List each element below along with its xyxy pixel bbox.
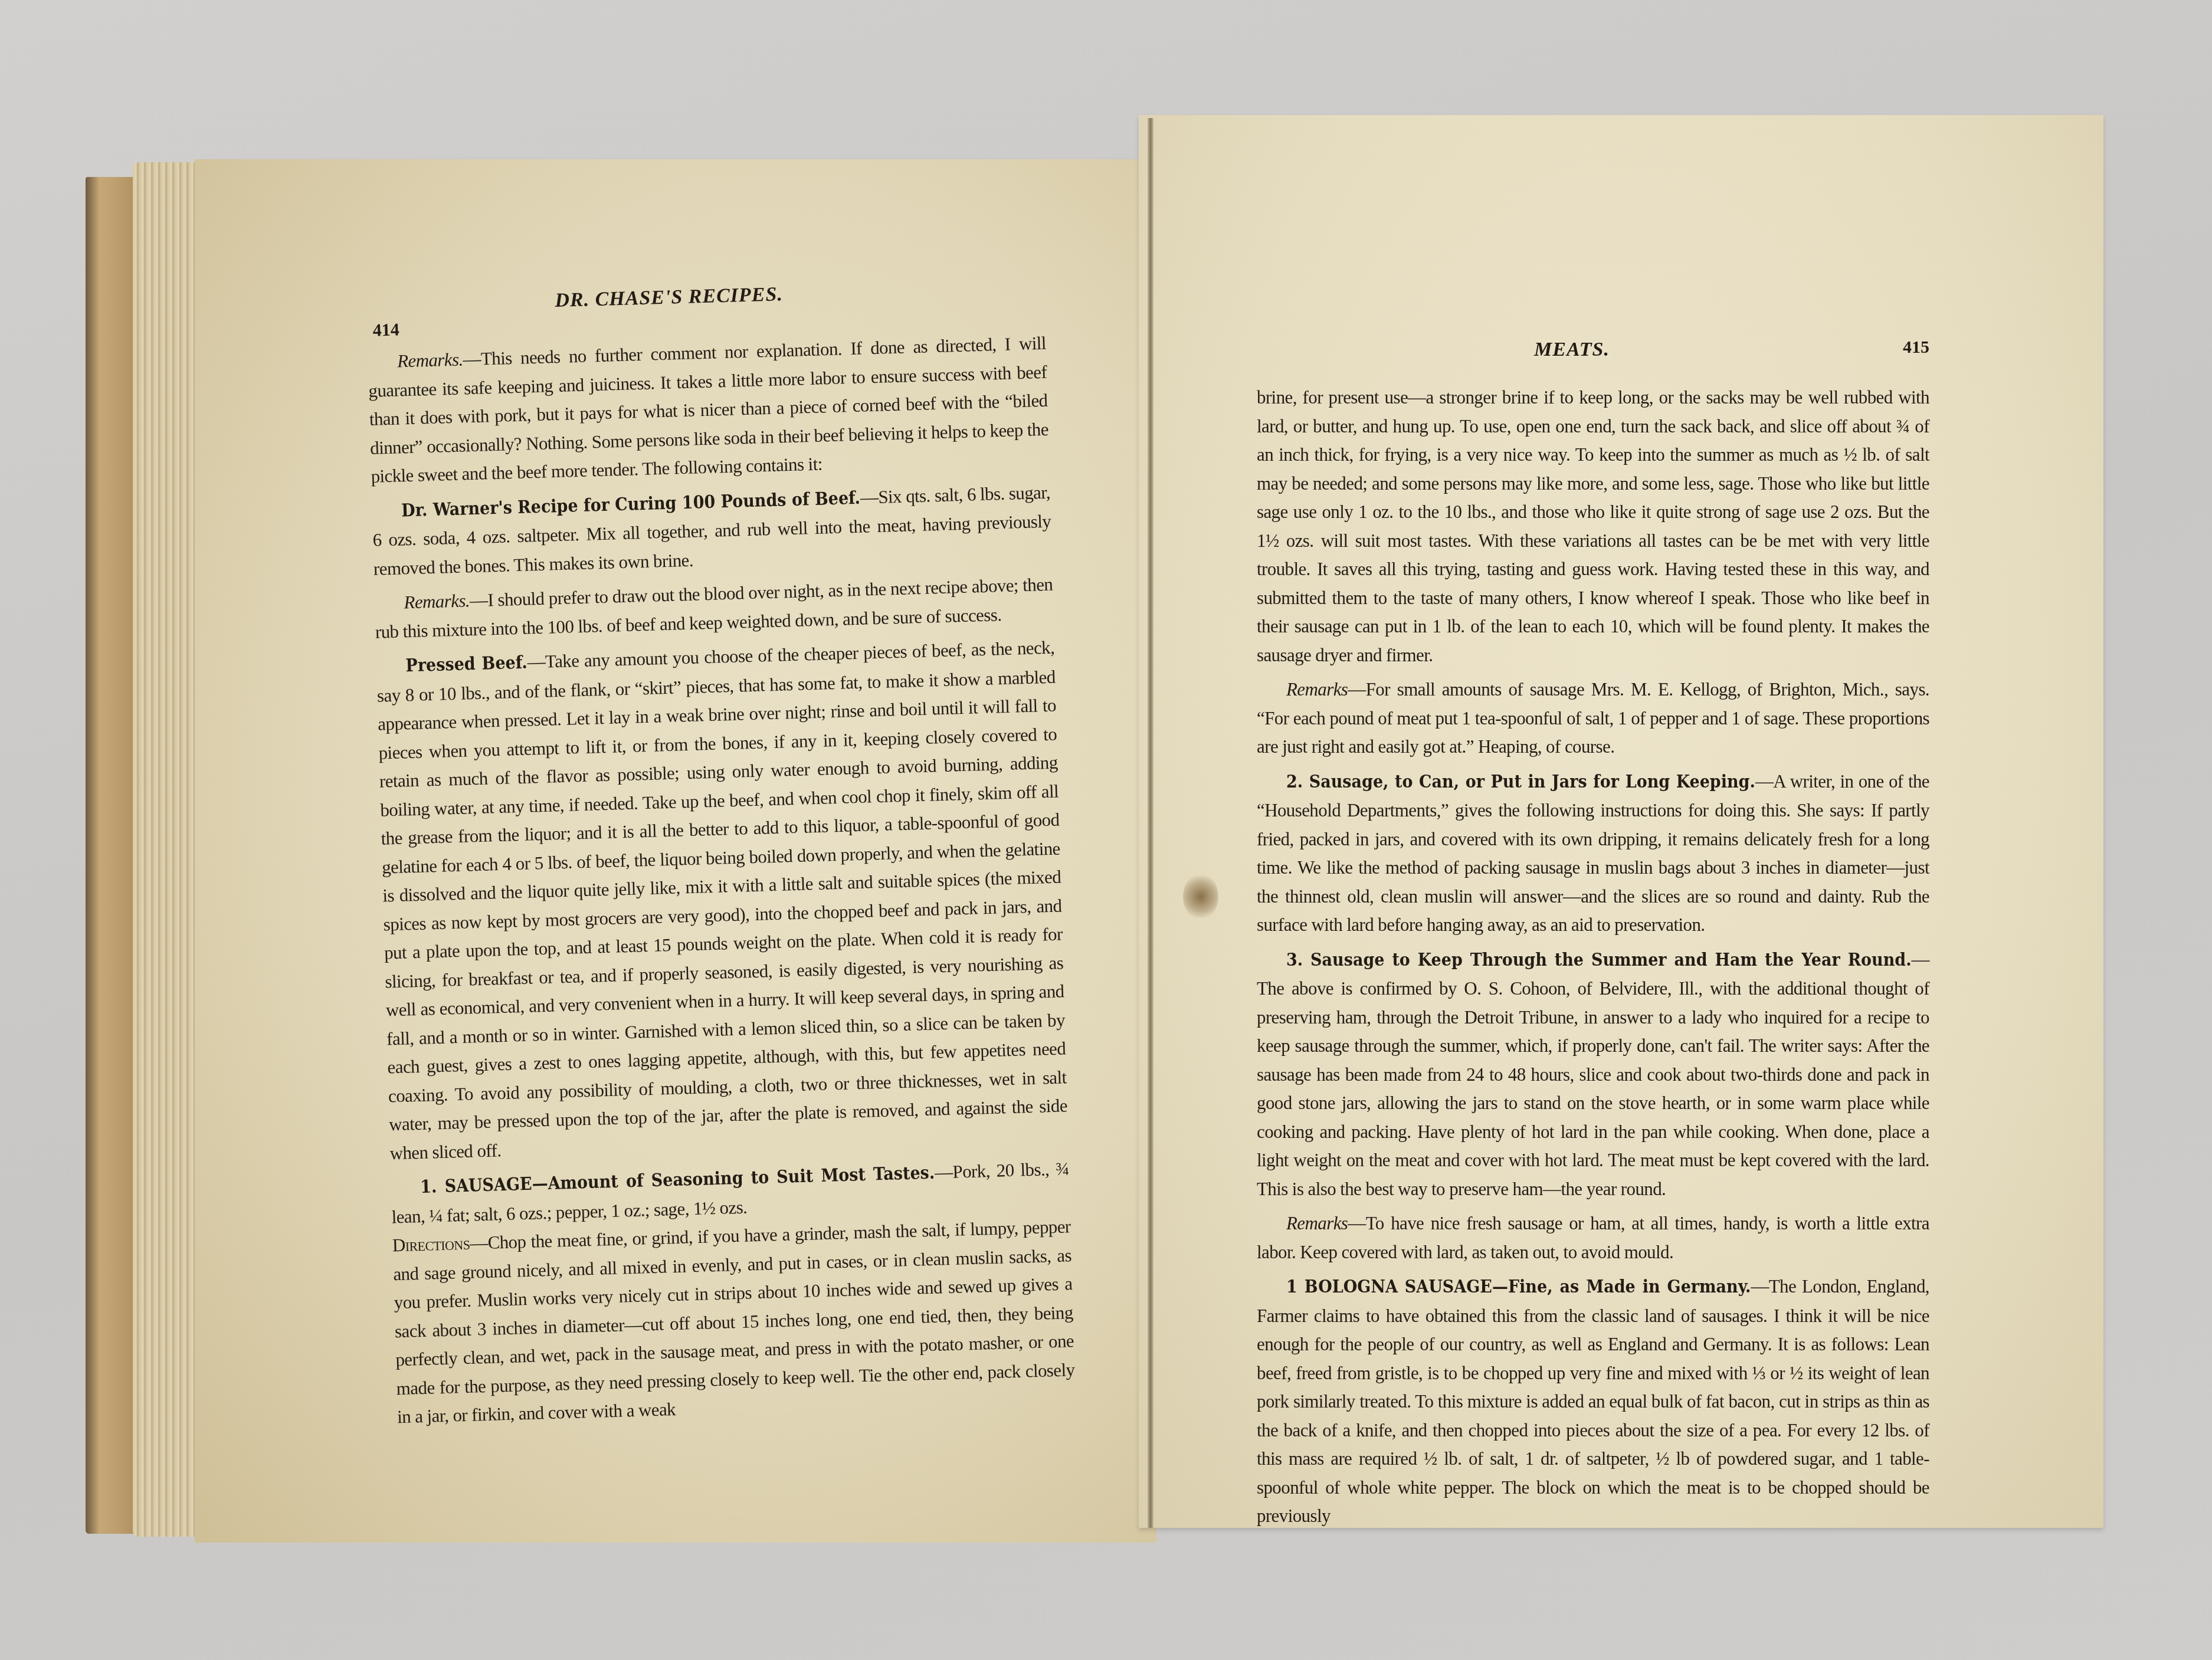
- paragraph: Remarks—For small amounts of sausage Mrs…: [1257, 675, 1929, 762]
- remarks-lead: Remarks: [1286, 1213, 1348, 1233]
- paragraph: 1 BOLOGNA SAUSAGE—Fine, as Made in Germa…: [1257, 1272, 1929, 1531]
- running-head-title-right: MEATS.: [1534, 339, 1610, 361]
- directions-lead: Directions: [392, 1233, 470, 1256]
- paragraph: 2. Sausage, to Can, or Put in Jars for L…: [1257, 767, 1929, 940]
- recipe-heading: 3. Sausage to Keep Through the Summer an…: [1286, 950, 1912, 970]
- recipe-heading: Pressed Beef.: [405, 652, 527, 677]
- recipe-heading: 1 BOLOGNA SAUSAGE—Fine, as Made in Germa…: [1286, 1277, 1751, 1297]
- paragraph-text: —The London, England, Farmer claims to h…: [1257, 1276, 1929, 1526]
- paragraph-text: —To have nice fresh sausage or ham, at a…: [1257, 1213, 1929, 1262]
- paragraph: Remarks.—This needs no further comment n…: [368, 329, 1050, 491]
- paragraph-text: —For small amounts of sausage Mrs. M. E.…: [1257, 679, 1929, 757]
- remarks-lead: Remarks.: [404, 590, 470, 612]
- paragraph-text: —The above is confirmed by O. S. Cohoon,…: [1257, 949, 1929, 1199]
- paragraph-text: —I should prefer to draw out the blood o…: [375, 574, 1053, 642]
- paper-stain: [1183, 873, 1218, 920]
- paragraph-text: —Chop the meat fine, or grind, if you ha…: [393, 1216, 1075, 1427]
- paragraph-text: —This needs no further comment nor expla…: [368, 333, 1048, 487]
- right-running-head: MEATS. 415: [1257, 330, 1929, 383]
- paragraph: Remarks.—I should prefer to draw out the…: [374, 570, 1054, 647]
- paragraph: Dr. Warner's Recipe for Curing 100 Pound…: [372, 478, 1053, 583]
- page-edges: [133, 162, 201, 1537]
- remarks-lead: Remarks.: [397, 349, 463, 371]
- recipe-heading: 1. SAUSAGE—Amount of Seasoning to Suit M…: [420, 1163, 935, 1198]
- paragraph: brine, for present use—a stronger brine …: [1257, 383, 1929, 670]
- open-book: 414 DR. CHASE'S RECIPES. Remarks.—This n…: [0, 0, 2212, 1660]
- book-gutter: [1148, 118, 1153, 1528]
- page-number-left: 414: [372, 320, 399, 340]
- recipe-heading: Dr. Warner's Recipe for Curing 100 Pound…: [401, 487, 861, 521]
- recipe-heading: 2. Sausage, to Can, or Put in Jars for L…: [1286, 772, 1755, 792]
- paragraph: Remarks—To have nice fresh sausage or ha…: [1257, 1209, 1929, 1267]
- right-page-text: MEATS. 415 brine, for present use—a stro…: [1257, 330, 1929, 1537]
- paragraph-text: —Take any amount you choose of the cheap…: [376, 637, 1067, 1163]
- paragraph-text: —A writer, in one of the “Household Depa…: [1257, 771, 1929, 936]
- page-number-right: 415: [1903, 337, 1929, 357]
- left-page-text: 414 DR. CHASE'S RECIPES. Remarks.—This n…: [366, 276, 1076, 1438]
- remarks-lead: Remarks: [1286, 679, 1348, 700]
- paragraph: Directions—Chop the meat fine, or grind,…: [392, 1212, 1076, 1431]
- paragraph-text: brine, for present use—a stronger brine …: [1257, 387, 1929, 665]
- paragraph: 3. Sausage to Keep Through the Summer an…: [1257, 946, 1929, 1204]
- paragraph: Pressed Beef.—Take any amount you choose…: [376, 634, 1069, 1168]
